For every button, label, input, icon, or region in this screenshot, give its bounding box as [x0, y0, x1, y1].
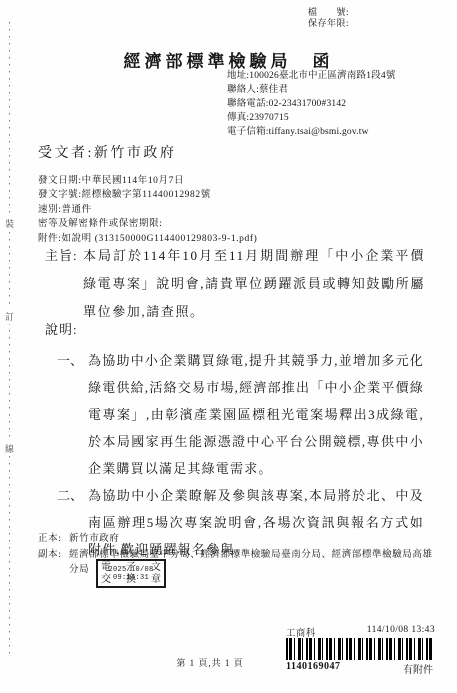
subject-text: 本局訂於114年10月至11月期間辦理「中小企業平價綠電專案」說明會,請貴單位踴… [83, 242, 425, 326]
document-meta-block: 發文日期:中華民國114年10月7日 發文字號:經標檢驗字第1144001298… [38, 174, 257, 246]
stamp-datetime: 2025/10/08 09:14:31 [98, 561, 164, 586]
meta-classification: 密等及解密條件或保密期限: [38, 217, 257, 231]
sender-info-block: 地址:100026臺北市中正區濟南路1段4號 聯絡人:蔡佳君 聯絡電話:02-2… [227, 69, 396, 139]
binding-char-ding: 訂 [5, 309, 14, 324]
receipt-datetime: 114/10/08 13:43 [367, 625, 435, 639]
electronic-exchange-stamp: 電 子 文 交 換 章 2025/10/08 09:14:31 [96, 559, 166, 588]
cc-copy-label: 副本: [38, 548, 69, 579]
receipt-footer-row: 1140169047 有附件 [286, 661, 433, 676]
filing-block: 檔 號: 保存年限: [308, 7, 349, 29]
retention-period-label: 保存年限: [308, 18, 349, 29]
sender-email: 電子信箱:tiffany.tsai@bsmi.gov.tw [227, 125, 396, 139]
original-copy-value: 新竹市政府 [69, 532, 442, 548]
item-number: 一、 [57, 347, 88, 482]
page-number-footer: 第 1 頁,共 1 頁 [150, 656, 270, 669]
sender-address: 地址:100026臺北市中正區濟南路1段4號 [227, 69, 396, 83]
recipient-line: 受文者:新竹市政府 [38, 142, 176, 162]
binding-line: 裝 訂 線 [6, 22, 20, 654]
receipt-header-row: 工商科 114/10/08 13:43 [286, 625, 435, 639]
item-text: 為協助中小企業購買綠電,提升其競爭力,並增加多元化綠電供給,活絡交易市場,經濟部… [88, 347, 424, 482]
scanned-official-letter: 裝 訂 線 檔 號: 保存年限: 經濟部標準檢驗局 函 地址:100026臺北市… [0, 0, 457, 693]
stamp-date: 2025/10/08 [108, 566, 153, 574]
receipt-attachment-note: 有附件 [403, 661, 433, 676]
file-number-label: 檔 號: [308, 7, 349, 18]
meta-doc-number: 發文字號:經標檢驗字第11440012982號 [38, 188, 257, 202]
meta-issue-date: 發文日期:中華民國114年10月7日 [38, 174, 257, 188]
binding-dotted-line [9, 22, 10, 654]
receipt-department: 工商科 [286, 625, 316, 639]
explanation-label: 說明: [45, 319, 78, 338]
explanation-items: 一、 為協助中小企業購買綠電,提升其競爭力,並增加多元化綠電供給,活絡交易市場,… [57, 347, 424, 563]
original-copy-row: 正本: 新竹市政府 [38, 532, 442, 548]
stamp-time: 09:14:31 [113, 574, 149, 582]
meta-priority: 速別:普通件 [38, 203, 257, 217]
receipt-number: 1140169047 [286, 661, 340, 676]
recipient-value: 新竹市政府 [94, 146, 177, 161]
sender-contact-person: 聯絡人:蔡佳君 [227, 83, 396, 97]
recipient-label: 受文者: [38, 146, 94, 161]
binding-char-zhuang: 裝 [5, 216, 14, 231]
explanation-item-1: 一、 為協助中小企業購買綠電,提升其競爭力,並增加多元化綠電供給,活絡交易市場,… [57, 347, 424, 482]
binding-char-xian: 線 [5, 441, 14, 456]
sender-phone: 聯絡電話:02-23431700#3142 [227, 97, 396, 111]
subject-label: 主旨: [45, 242, 83, 326]
original-copy-label: 正本: [38, 532, 69, 548]
sender-fax: 傳真:23970715 [227, 111, 396, 125]
subject-section: 主旨: 本局訂於114年10月至11月期間辦理「中小企業平價綠電專案」說明會,請… [45, 242, 425, 326]
barcode [286, 638, 433, 660]
